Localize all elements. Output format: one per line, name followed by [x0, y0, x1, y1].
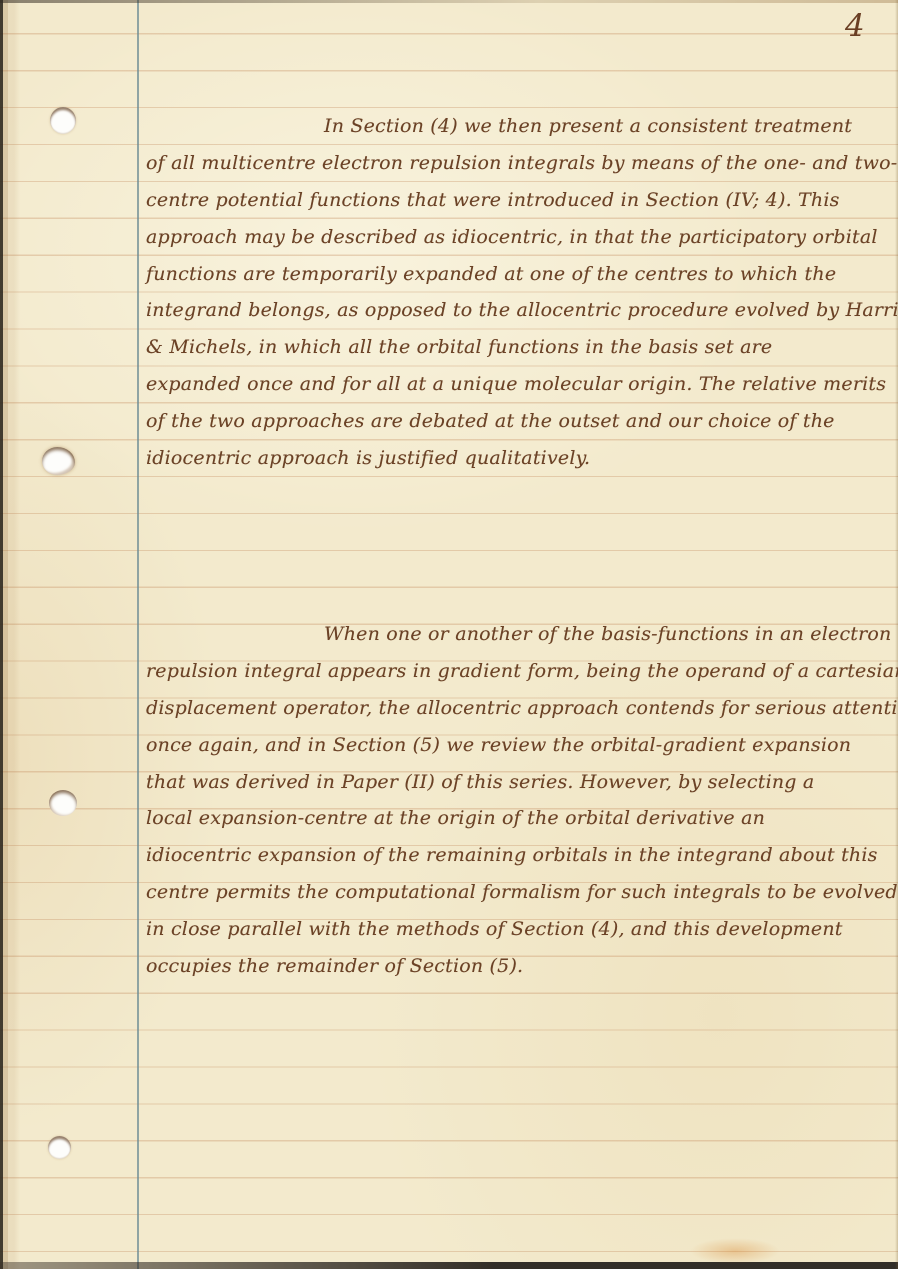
handwritten-line: centre permits the computational formali…: [146, 874, 890, 911]
handwritten-line: of the two approaches are debated at the…: [146, 403, 890, 440]
handwritten-line: integrand belongs, as opposed to the all…: [146, 292, 890, 329]
scan-edge-bottom: [0, 1262, 898, 1269]
handwritten-line: centre potential functions that were int…: [146, 182, 890, 219]
handwritten-line: repulsion integral appears in gradient f…: [146, 653, 890, 690]
paragraph-2: When one or another of the basis-functio…: [146, 616, 890, 985]
paragraph-1: In Section (4) we then present a consist…: [146, 108, 890, 477]
handwritten-line: once again, and in Section (5) we review…: [146, 727, 890, 764]
page-number: 4: [845, 6, 885, 46]
scan-edge-left: [0, 0, 20, 1269]
handwritten-line: approach may be described as idiocentric…: [146, 219, 890, 256]
manuscript-page: 4 In Section (4) we then present a consi…: [0, 0, 898, 1269]
handwritten-line: idiocentric expansion of the remaining o…: [146, 837, 890, 874]
punch-hole: [48, 1136, 71, 1159]
handwritten-line: idiocentric approach is justified qualit…: [146, 440, 890, 477]
punch-hole: [49, 790, 77, 816]
handwritten-line: In Section (4) we then present a consist…: [146, 108, 890, 145]
handwritten-line: expanded once and for all at a unique mo…: [146, 366, 890, 403]
handwritten-line: When one or another of the basis-functio…: [146, 616, 890, 653]
handwritten-line: local expansion-centre at the origin of …: [146, 800, 890, 837]
scan-edge-top: [0, 0, 898, 3]
handwritten-line: & Michels, in which all the orbital func…: [146, 329, 890, 366]
handwritten-line: of all multicentre electron repulsion in…: [146, 145, 890, 182]
handwritten-line: that was derived in Paper (II) of this s…: [146, 764, 890, 801]
handwritten-line: functions are temporarily expanded at on…: [146, 256, 890, 293]
handwritten-line: displacement operator, the allocentric a…: [146, 690, 890, 727]
handwritten-line: occupies the remainder of Section (5).: [146, 948, 890, 985]
handwritten-line: in close parallel with the methods of Se…: [146, 911, 890, 948]
punch-hole: [50, 107, 76, 134]
punch-hole: [42, 447, 75, 475]
margin-rule-line: [137, 0, 139, 1269]
paper-stain: [690, 1238, 780, 1264]
